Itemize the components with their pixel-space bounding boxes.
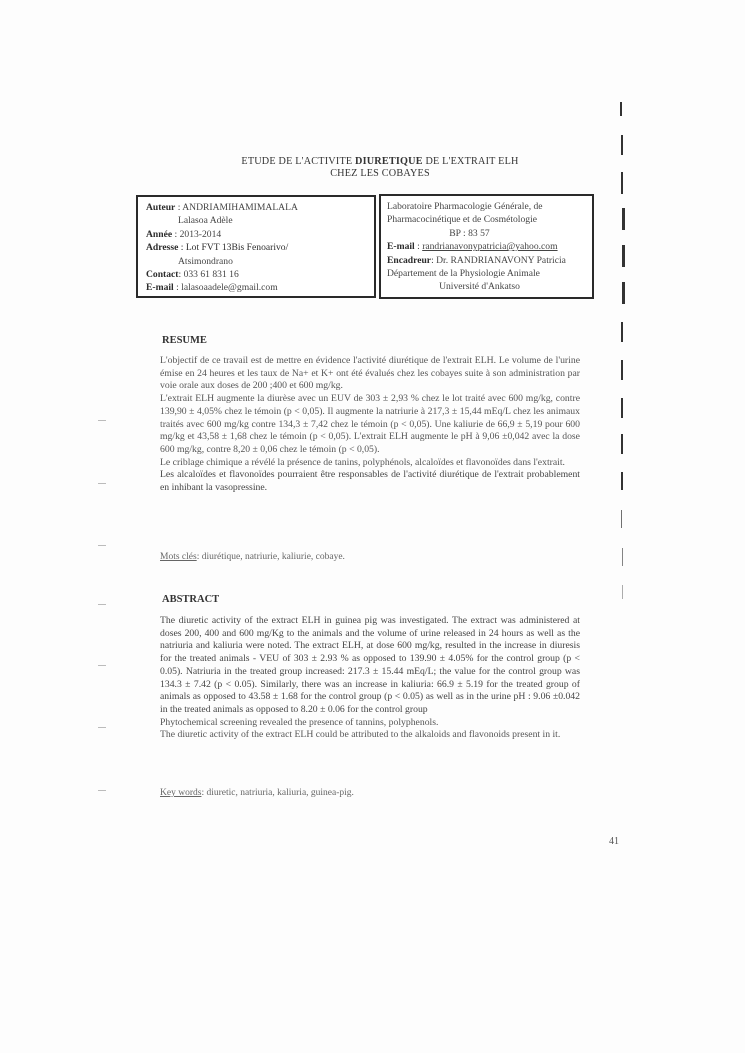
scanned-page: ETUDE DE L'ACTIVITE DIURETIQUE DE L'EXTR… xyxy=(0,0,745,1053)
resume-paragraph: Les alcaloïdes et flavonoïdes pourraient… xyxy=(160,469,580,494)
resume-heading: RESUME xyxy=(162,335,207,346)
email-label: E-mail xyxy=(146,282,174,293)
paper-title: ETUDE DE L'ACTIVITE DIURETIQUE DE L'EXTR… xyxy=(190,156,570,180)
scan-edge-mark xyxy=(98,727,106,728)
resume-paragraph: L'objectif de ce travail est de mettre e… xyxy=(160,355,580,393)
supervisor-label: Encadreur xyxy=(387,255,431,266)
university: Université d'Ankatso xyxy=(387,280,592,293)
scan-edge-mark xyxy=(621,172,623,194)
abstract-paragraph: The diuretic activity of the extract ELH… xyxy=(160,729,580,742)
address-label: Adresse xyxy=(146,242,178,253)
address-value-2: Atsimondrano xyxy=(146,255,374,268)
lab-po-box: BP : 83 57 xyxy=(387,227,592,240)
contact-label: Contact xyxy=(146,269,179,280)
title-line-2: CHEZ LES COBAYES xyxy=(190,168,570,180)
keywords-label: Mots clés xyxy=(160,552,197,562)
contact-value: : 033 61 831 16 xyxy=(179,269,239,280)
lab-info-box: Laboratoire Pharmacologie Générale, de P… xyxy=(379,194,594,299)
scan-edge-mark xyxy=(622,245,625,267)
abstract-keywords: Key words: diuretic, natriuria, kaliuria… xyxy=(160,788,354,798)
scan-edge-mark xyxy=(98,545,106,546)
scan-edge-mark xyxy=(98,420,106,421)
scan-edge-mark xyxy=(98,790,106,791)
scan-edge-mark xyxy=(620,102,622,116)
scan-edge-mark xyxy=(622,282,625,304)
author-email: : lalasoaadele@gmail.com xyxy=(176,282,278,293)
scan-edge-mark xyxy=(622,548,623,566)
scan-edge-mark xyxy=(621,472,623,490)
scan-edge-mark xyxy=(621,322,623,342)
author-info-box: Auteur : ANDRIAMIHAMIMALALA Lalasoa Adèl… xyxy=(136,195,376,298)
year-value: : 2013-2014 xyxy=(175,229,222,240)
author-name-2: Lalasoa Adèle xyxy=(146,214,374,227)
scan-edge-mark xyxy=(621,135,623,155)
scan-edge-mark xyxy=(622,208,625,230)
author-label: Auteur xyxy=(146,202,175,213)
department: Département de la Physiologie Animale xyxy=(387,267,592,280)
resume-body: L'objectif de ce travail est de mettre e… xyxy=(160,355,580,495)
abstract-paragraph: Phytochemical screening revealed the pre… xyxy=(160,717,580,730)
author-name: : ANDRIAMIHAMIMALALA xyxy=(178,202,298,213)
year-label: Année xyxy=(146,229,172,240)
scan-edge-mark xyxy=(621,398,623,418)
supervisor-name: : Dr. RANDRIANAVONY Patricia xyxy=(431,255,566,266)
address-value: : Lot FVT 13Bis Fenoarivo/ xyxy=(181,242,289,253)
supervisor-email-link[interactable]: randrianavonypatricia@yahoo.com xyxy=(422,241,557,252)
abstract-heading: ABSTRACT xyxy=(162,594,219,605)
resume-paragraph: L'extrait ELH augmente la diurèse avec u… xyxy=(160,393,580,457)
scan-edge-mark xyxy=(621,434,623,454)
lab-name-2: Pharmacocinétique et de Cosmétologie xyxy=(387,213,592,226)
lab-name: Laboratoire Pharmacologie Générale, de xyxy=(387,200,592,213)
abstract-paragraph: The diuretic activity of the extract ELH… xyxy=(160,615,580,717)
keywords-value: : diuretic, natriuria, kaliuria, guinea-… xyxy=(201,788,353,798)
scan-edge-mark xyxy=(622,585,623,599)
keywords-value: : diurétique, natriurie, kaliurie, cobay… xyxy=(197,552,345,562)
title-line-1: ETUDE DE L'ACTIVITE DIURETIQUE DE L'EXTR… xyxy=(190,156,570,168)
page-number: 41 xyxy=(609,836,619,847)
scan-edge-mark xyxy=(98,604,106,605)
resume-keywords: Mots clés: diurétique, natriurie, kaliur… xyxy=(160,552,345,562)
keywords-label: Key words xyxy=(160,788,201,798)
abstract-body: The diuretic activity of the extract ELH… xyxy=(160,615,580,742)
lab-email-label: E-mail xyxy=(387,241,415,252)
resume-paragraph: Le criblage chimique a révélé la présenc… xyxy=(160,457,580,470)
scan-edge-mark xyxy=(98,665,106,666)
scan-edge-mark xyxy=(98,483,106,484)
scan-edge-mark xyxy=(621,510,622,528)
scan-edge-mark xyxy=(621,360,623,380)
